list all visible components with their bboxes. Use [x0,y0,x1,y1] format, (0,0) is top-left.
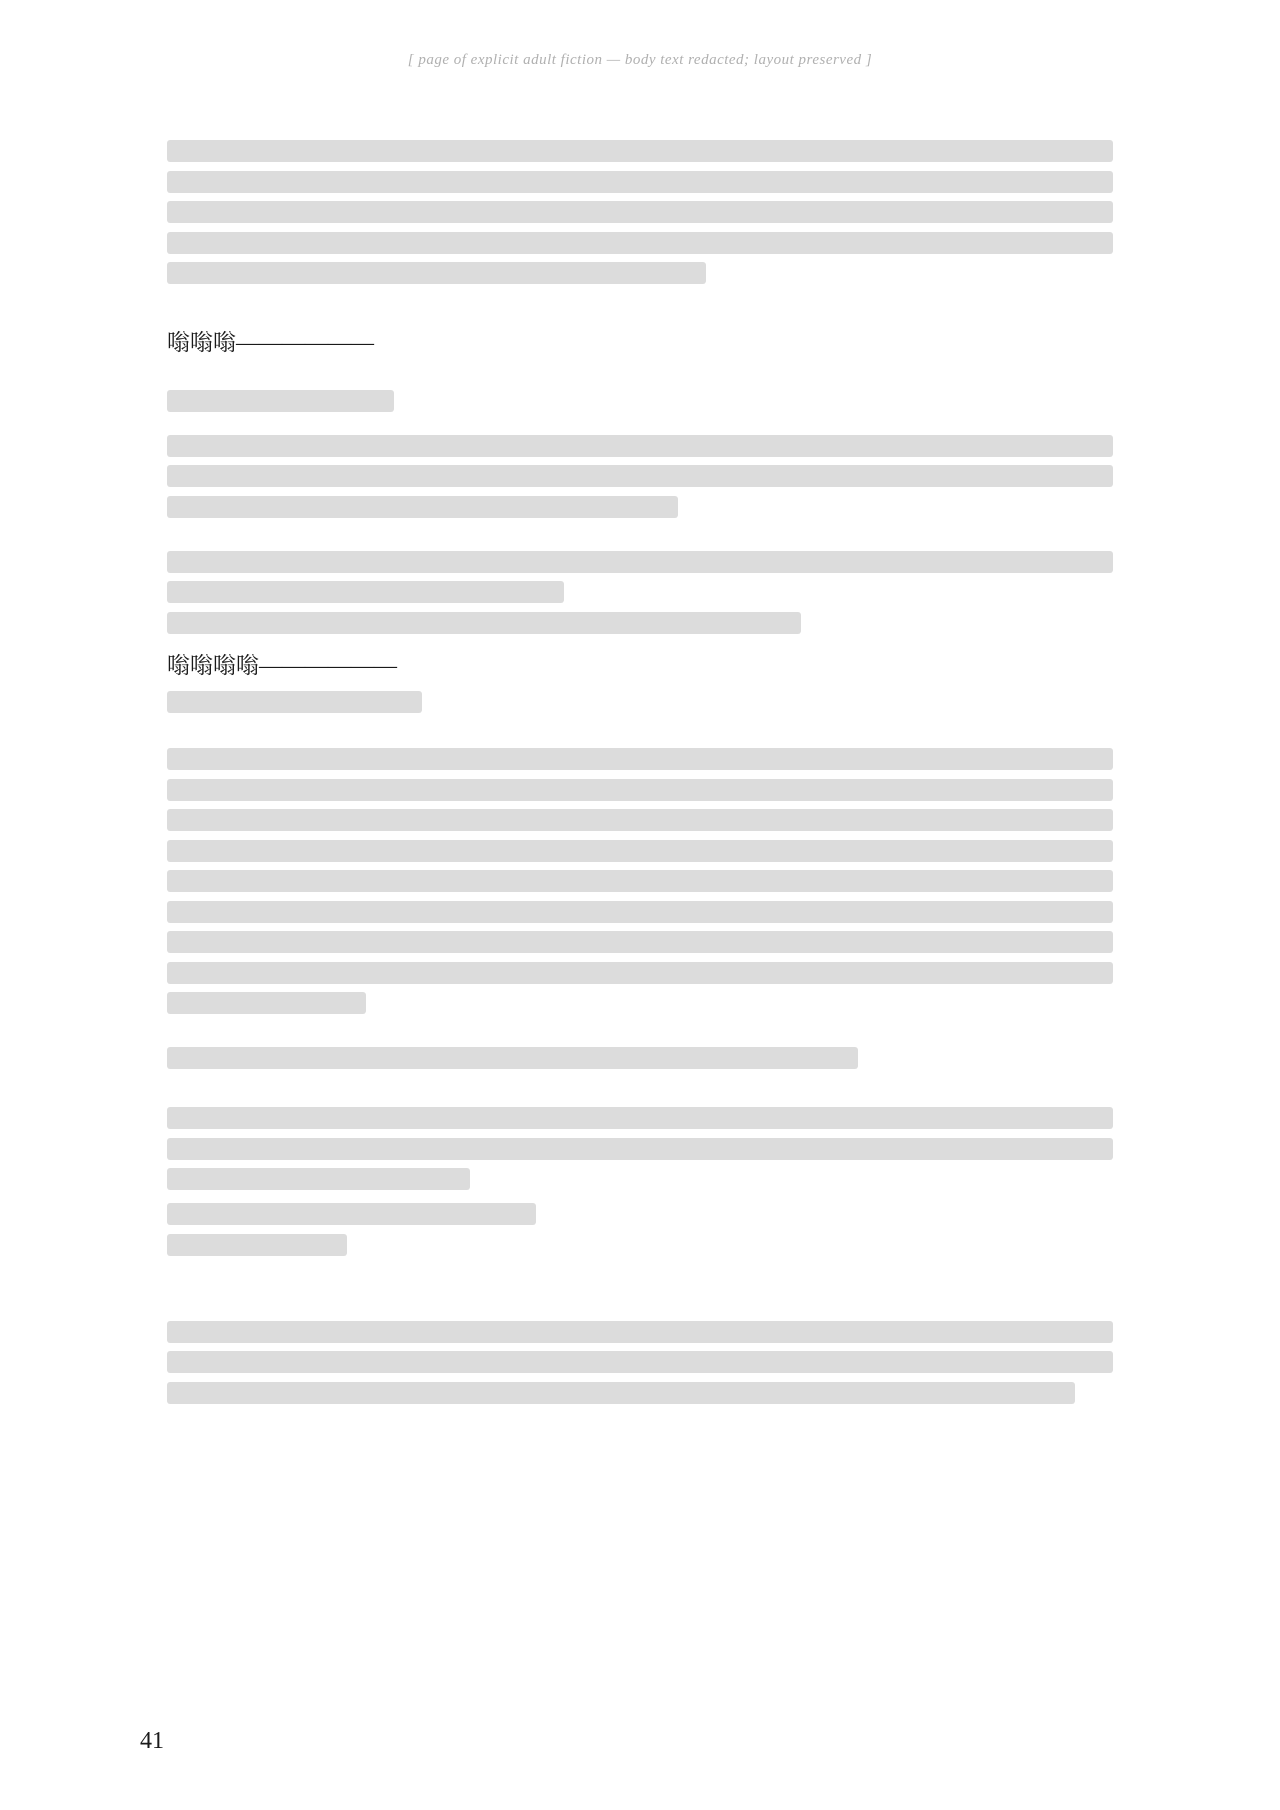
redacted-paragraph [167,748,1113,1014]
redacted-text-line [167,809,1113,831]
redacted-text-line [167,840,1113,862]
text-column: 嗡嗡嗡——————嗡嗡嗡嗡—————— [167,133,1113,1412]
redacted-text-line [167,581,564,603]
redacted-text-line [167,1047,858,1069]
sfx-line: 嗡嗡嗡嗡—————— [167,647,1113,685]
redacted-text-line [167,232,1113,254]
redacted-text-line [167,390,394,412]
redacted-text-line [167,496,678,518]
redacted-text-line [167,962,1113,984]
redacted-text-line [167,1234,347,1256]
redacted-text-line [167,1382,1075,1404]
redacted-text-line [167,1138,1113,1160]
redacted-text-line [167,201,1113,223]
redacted-text-line [167,171,1113,193]
redacted-text-line [167,870,1113,892]
redacted-text-line [167,1168,470,1190]
redacted-text-line [167,1203,536,1225]
redacted-text-line [167,691,422,713]
redacted-text-line [167,551,1113,573]
redacted-text-line [167,435,1113,457]
redacted-text-line [167,465,1113,487]
redacted-text-line [167,748,1113,770]
redacted-dialogue [167,1047,1113,1069]
redacted-dialogue [167,1203,1113,1256]
redacted-paragraph [167,1321,1113,1404]
redacted-dialogue [167,691,1113,713]
redacted-text-line [167,931,1113,953]
redacted-text-line [167,612,801,634]
redacted-text-line [167,140,1113,162]
redacted-text-line [167,1321,1113,1343]
redacted-text-line [167,1351,1113,1373]
redacted-paragraph [167,1107,1113,1190]
redacted-text-line [167,901,1113,923]
redaction-notice: [ page of explicit adult fiction — body … [0,52,1280,69]
page-number: 41 [140,1728,164,1755]
document-page: [ page of explicit adult fiction — body … [0,0,1280,1810]
redacted-dialogue [167,551,1113,634]
redacted-paragraph [167,435,1113,518]
redacted-dialogue [167,390,1113,412]
redacted-text-line [167,1107,1113,1129]
sfx-line: 嗡嗡嗡—————— [167,324,1113,362]
redacted-paragraph [167,140,1113,284]
redacted-text-line [167,992,366,1014]
redacted-text-line [167,262,706,284]
redacted-text-line [167,779,1113,801]
